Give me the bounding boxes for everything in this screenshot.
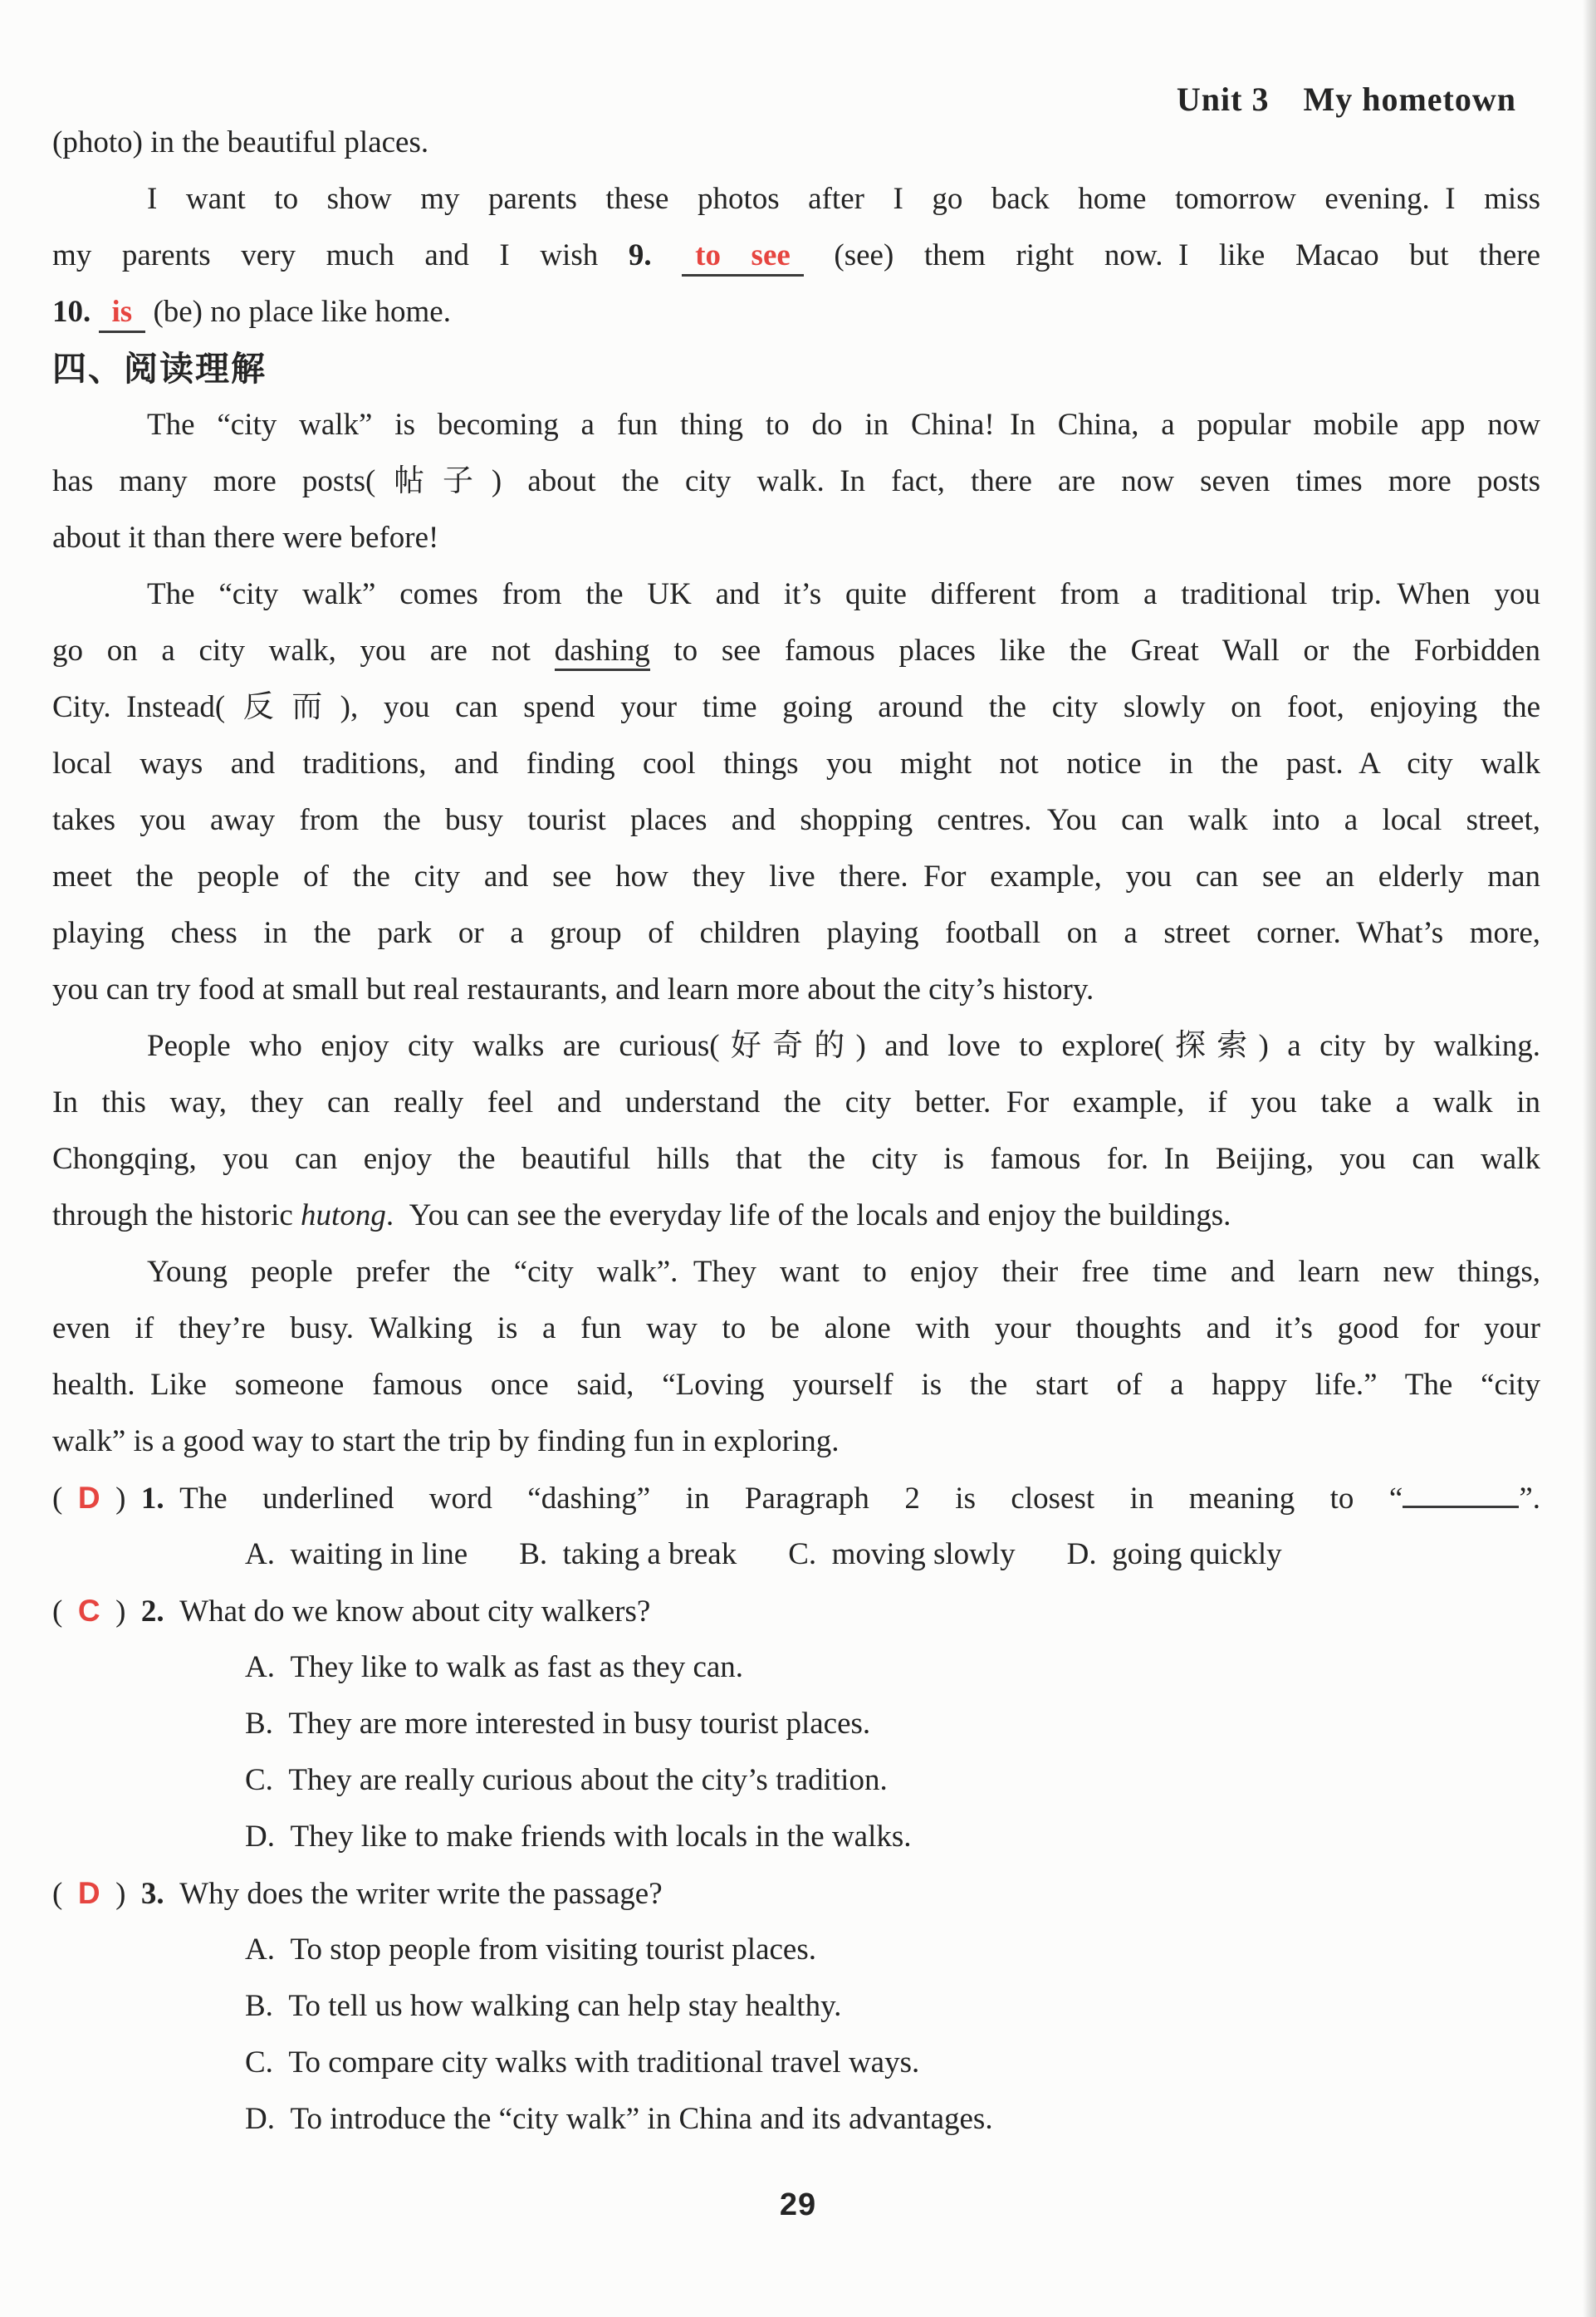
text-segment: C. moving slowly	[788, 1537, 1015, 1571]
text-segment: Why does the writer write the passage?	[164, 1877, 663, 1911]
text-segment: 2.	[141, 1594, 164, 1629]
text-segment: C. They are really curious about the cit…	[245, 1763, 888, 1797]
answer-letter-2: C	[78, 1594, 100, 1628]
text-segment: health. Like someone famous once said, “…	[52, 1368, 1540, 1402]
text-line: through the historic hutong. You can see…	[52, 1188, 1540, 1244]
text-line: local ways and traditions, and finding c…	[52, 736, 1540, 792]
text-segment: playing chess in the park or a group of …	[52, 916, 1540, 950]
text-segment: (be) no place like home.	[145, 295, 451, 329]
text-segment: (	[52, 1877, 78, 1911]
text-segment: 3.	[141, 1877, 164, 1911]
text-segment: you can try food at small but real resta…	[52, 972, 1094, 1007]
text-segment: go on a city walk, you are not	[52, 634, 555, 668]
text-line: meet the people of the city and see how …	[52, 849, 1540, 905]
text-segment: 四、阅读理解	[52, 350, 267, 388]
text-segment: C. To compare city walks with traditiona…	[245, 2045, 919, 2079]
section-heading: 四、阅读理解	[52, 340, 1540, 397]
text-segment: (	[52, 1594, 78, 1629]
question-2: ( C ) 2. What do we know about city walk…	[52, 1583, 1540, 1639]
text-segment: 9.	[629, 238, 652, 272]
text-segment	[652, 238, 683, 272]
text-segment: Chongqing, you can enjoy the beautiful h…	[52, 1142, 1540, 1176]
question-1-options: A. waiting in lineB. taking a breakC. mo…	[52, 1526, 1540, 1583]
question-1: ( D ) 1. The underlined word “dashing” i…	[52, 1470, 1540, 1526]
text-segment: meet the people of the city and see how …	[52, 860, 1540, 894]
text-line: takes you away from the busy tourist pla…	[52, 792, 1540, 849]
page-content: (photo) in the beautiful places.I want t…	[52, 115, 1540, 2148]
text-line: I want to show my parents these photos a…	[52, 171, 1540, 228]
text-line: The “city walk” comes from the UK and it…	[52, 566, 1540, 623]
text-segment: through the historic	[52, 1198, 301, 1232]
unit-header: Unit 3 My hometown	[1177, 80, 1516, 119]
text-segment: (photo) in the beautiful places.	[52, 125, 428, 159]
text-segment: People who enjoy city walks are curious(…	[147, 1029, 1540, 1063]
text-line: C. They are really curious about the cit…	[52, 1752, 1540, 1809]
text-line: even if they’re busy. Walking is a fun w…	[52, 1301, 1540, 1357]
text-line: The “city walk” is becoming a fun thing …	[52, 397, 1540, 453]
text-segment: ”.	[1519, 1482, 1540, 1516]
text-segment: Young people prefer the “city walk”. The…	[147, 1255, 1540, 1289]
text-line: A. To stop people from visiting tourist …	[52, 1922, 1540, 1978]
text-segment: The “city walk” comes from the UK and it…	[147, 577, 1540, 611]
text-segment: A. To stop people from visiting tourist …	[245, 1932, 816, 1967]
text-segment: . You can see the everyday life of the l…	[386, 1198, 1231, 1232]
text-line: City. Instead(反而), you can spend your ti…	[52, 679, 1540, 736]
textbook-page: { "page": { "header": "Unit 3\u2003My ho…	[0, 0, 1596, 2317]
filled-answer-9: to see	[682, 238, 804, 277]
text-segment: has many more posts(帖子) about the city w…	[52, 464, 1540, 498]
text-segment: about it than there were before!	[52, 521, 438, 555]
text-segment: takes you away from the busy tourist pla…	[52, 803, 1540, 837]
question-3: ( D ) 3. Why does the writer write the p…	[52, 1865, 1540, 1922]
text-segment: The “city walk” is becoming a fun thing …	[147, 408, 1540, 442]
text-segment: (see) them right now. I like Macao but t…	[804, 238, 1540, 272]
text-line: you can try food at small but real resta…	[52, 962, 1540, 1018]
page-number: 29	[0, 2187, 1596, 2223]
text-segment: D. To introduce the “city walk” in China…	[245, 2102, 993, 2136]
answer-letter-1: D	[78, 1481, 100, 1515]
underlined-word: dashing	[555, 634, 650, 671]
text-segment: (	[52, 1482, 78, 1516]
text-line: C. To compare city walks with traditiona…	[52, 2035, 1540, 2091]
text-line: go on a city walk, you are not dashing t…	[52, 623, 1540, 679]
text-line: Chongqing, you can enjoy the beautiful h…	[52, 1131, 1540, 1188]
text-segment: )	[100, 1482, 141, 1516]
text-segment: hutong	[301, 1198, 386, 1232]
text-line: about it than there were before!	[52, 510, 1540, 566]
text-segment: A. waiting in line	[245, 1537, 468, 1571]
text-segment: local ways and traditions, and finding c…	[52, 747, 1540, 781]
text-segment: 1.	[141, 1482, 164, 1516]
text-segment: even if they’re busy. Walking is a fun w…	[52, 1311, 1540, 1345]
text-segment	[91, 295, 98, 329]
text-line: my parents very much and I wish 9. to se…	[52, 228, 1540, 284]
text-segment: City. Instead(反而), you can spend your ti…	[52, 690, 1540, 724]
text-segment: D. going quickly	[1067, 1537, 1282, 1571]
text-segment: B. They are more interested in busy tour…	[245, 1707, 870, 1741]
text-line: B. To tell us how walking can help stay …	[52, 1978, 1540, 2035]
text-line: In this way, they can really feel and un…	[52, 1075, 1540, 1131]
text-segment: In this way, they can really feel and un…	[52, 1085, 1540, 1119]
text-segment: my parents very much and I wish	[52, 238, 629, 272]
text-segment: A. They like to walk as fast as they can…	[245, 1650, 743, 1684]
text-line: has many more posts(帖子) about the city w…	[52, 453, 1540, 510]
text-line: B. They are more interested in busy tour…	[52, 1696, 1540, 1752]
page-edge-shadow	[1583, 0, 1596, 2317]
text-segment: The underlined word “dashing” in Paragra…	[164, 1482, 1403, 1516]
text-line: D. To introduce the “city walk” in China…	[52, 2091, 1540, 2148]
text-line: playing chess in the park or a group of …	[52, 905, 1540, 962]
text-segment: What do we know about city walkers?	[164, 1594, 651, 1629]
text-line: D. They like to make friends with locals…	[52, 1809, 1540, 1865]
filled-answer-10: is	[99, 295, 146, 333]
text-segment: D. They like to make friends with locals…	[245, 1820, 912, 1854]
text-line: health. Like someone famous once said, “…	[52, 1357, 1540, 1413]
text-line: 10. is (be) no place like home.	[52, 284, 1540, 340]
text-line: walk” is a good way to start the trip by…	[52, 1413, 1540, 1470]
text-segment: I want to show my parents these photos a…	[147, 182, 1540, 216]
answer-letter-3: D	[78, 1876, 100, 1910]
text-line: A. They like to walk as fast as they can…	[52, 1639, 1540, 1696]
text-line: Young people prefer the “city walk”. The…	[52, 1244, 1540, 1301]
text-line: People who enjoy city walks are curious(…	[52, 1018, 1540, 1075]
text-segment: )	[100, 1877, 141, 1911]
text-line: (photo) in the beautiful places.	[52, 115, 1540, 171]
text-segment: 10.	[52, 295, 91, 329]
text-segment: to see famous places like the Great Wall…	[650, 634, 1540, 668]
text-segment: walk” is a good way to start the trip by…	[52, 1424, 839, 1458]
text-segment: B. taking a break	[519, 1537, 737, 1571]
text-segment: B. To tell us how walking can help stay …	[245, 1989, 841, 2023]
text-segment: )	[100, 1594, 141, 1629]
answer-blank	[1403, 1478, 1519, 1508]
